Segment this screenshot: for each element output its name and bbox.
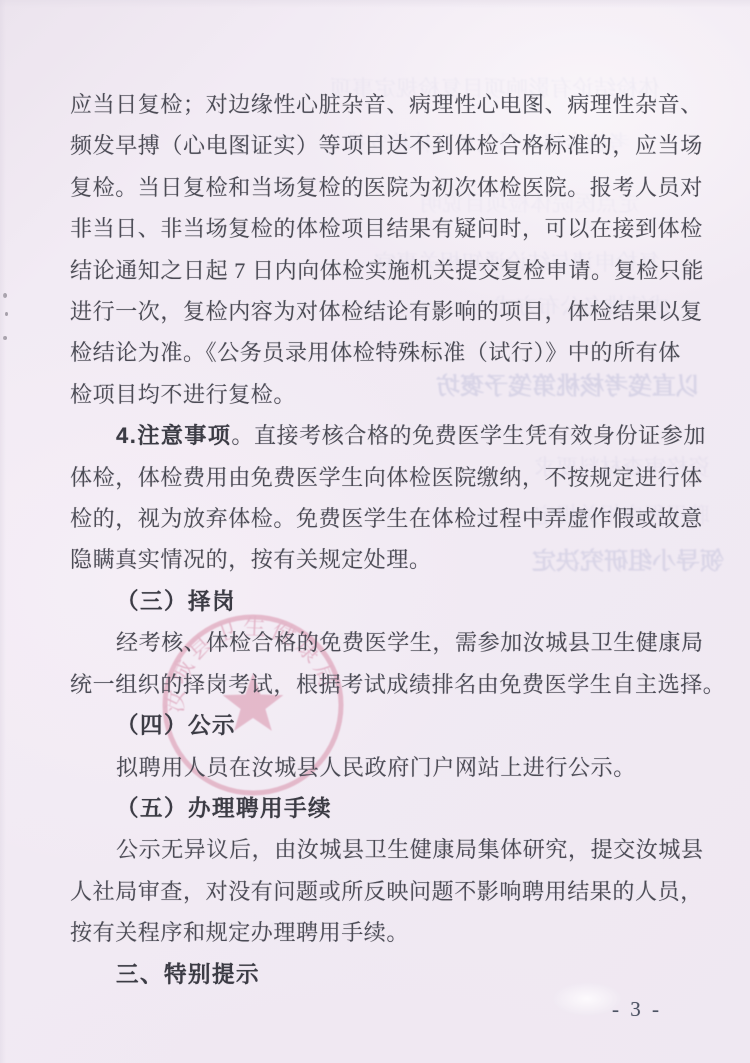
text-line: 应当日复检；对边缘性心脏杂音、病理性心电图、病理性杂音、 bbox=[70, 84, 694, 125]
text-line: （五）办理聘用手续 bbox=[70, 788, 694, 829]
text-line: 人社局审查，对没有问题或所反映问题不影响聘用结果的人员， bbox=[70, 871, 694, 912]
text-line: 检项目均不进行复检。 bbox=[70, 374, 694, 415]
text-line: （三）择岗 bbox=[70, 581, 694, 622]
document-text-block: 应当日复检；对边缘性心脏杂音、病理性心电图、病理性杂音、频发早搏（心电图证实）等… bbox=[70, 84, 694, 995]
text-line: 体检，体检费用由免费医学生向体检医院缴纳，不按规定进行体 bbox=[70, 457, 694, 498]
text-line: （四）公示 bbox=[70, 705, 694, 746]
scan-speck bbox=[5, 312, 8, 316]
text-line: 检结论为准。《公务员录用体检特殊标准（试行）》中的所有体 bbox=[70, 332, 694, 373]
text-line: 检的，视为放弃体检。免费医学生在体检过程中弄虚作假或故意 bbox=[70, 498, 694, 539]
text-line: 公示无异议后，由汝城县卫生健康局集体研究，提交汝城县 bbox=[70, 829, 694, 870]
text-line: 统一组织的择岗考试，根据考试成绩排名由免费医学生自主选择。 bbox=[70, 664, 694, 705]
text-line: 结论通知之日起 7 日内向体检实施机关提交复检申请。复检只能 bbox=[70, 250, 694, 291]
scan-speck bbox=[3, 293, 7, 298]
scan-speck bbox=[3, 336, 7, 340]
text-line: 4.注意事项。直接考核合格的免费医学生凭有效身份证参加 bbox=[70, 415, 694, 456]
text-line: 隐瞒真实情况的，按有关规定处理。 bbox=[70, 539, 694, 580]
text-line: 拟聘用人员在汝城县人民政府门户网站上进行公示。 bbox=[70, 747, 694, 788]
text-line: 频发早搏（心电图证实）等项目达不到体检合格标准的，应当场 bbox=[70, 125, 694, 166]
text-line: 经考核、体检合格的免费医学生，需参加汝城县卫生健康局 bbox=[70, 622, 694, 663]
text-line: 进行一次，复检内容为对体检结论有影响的项目，体检结果以复 bbox=[70, 291, 694, 332]
text-line: 按有关程序和规定办理聘用手续。 bbox=[70, 912, 694, 953]
text-line: 非当日、非当场复检的体检项目结果有疑问时，可以在接到体检 bbox=[70, 208, 694, 249]
text-line: 复检。当日复检和当场复检的医院为初次体检医院。报考人员对 bbox=[70, 167, 694, 208]
document-page: 体检结论有影响项目复检规定事项考核合格人员名单及体检安排定点医院体检项目说明复检… bbox=[0, 0, 750, 1063]
page-number: - 3 - bbox=[612, 997, 662, 1022]
text-line: 三、特别提示 bbox=[70, 954, 694, 995]
text-line-emphasis: 4.注意事项 bbox=[116, 423, 231, 448]
